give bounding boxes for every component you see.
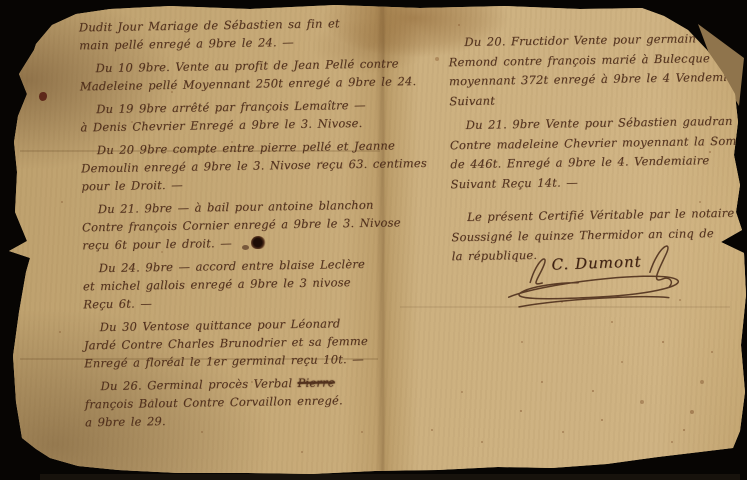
manuscript-line: Madeleine pellé Moyennant 250t enregé a … xyxy=(80,73,382,96)
wax-spot-stain xyxy=(39,92,47,101)
manuscript-line-text: Du 26. Germinal procès Verbal xyxy=(100,376,292,393)
manuscript-line: a 9bre le 29. xyxy=(85,409,387,432)
right-page-text: Du 20. Fructidor Vente pour germain Remo… xyxy=(448,24,740,267)
notary-signature: C. Dumont xyxy=(499,235,702,318)
manuscript-line: Enregé a floréal le 1er germinal reçu 10… xyxy=(84,350,386,373)
manuscript-line: main pellé enregé a 9bre le 24. — xyxy=(79,32,381,55)
foxing-speckles xyxy=(0,0,2,2)
manuscript-line: Suivant xyxy=(449,87,737,111)
signature-flourish xyxy=(499,235,702,318)
manuscript-scan: { "background_color": "#070503", "paper_… xyxy=(0,0,747,480)
table-edge-strip xyxy=(40,474,740,480)
manuscript-line: reçu 6t pour le droit. — xyxy=(82,232,384,255)
crossed-out-word: Pierre xyxy=(298,375,335,390)
left-page-text: Dudit Jour Mariage de Sébastien sa fin e… xyxy=(79,14,387,432)
manuscript-line: Reçu 6t. — xyxy=(83,291,385,314)
signature-name: C. Dumont xyxy=(551,253,642,274)
paper-sheet: Dudit Jour Mariage de Sébastien sa fin e… xyxy=(0,0,747,480)
manuscript-line: Suivant Reçu 14t. — xyxy=(450,170,738,194)
manuscript-line: pour le Droit. — xyxy=(81,173,383,196)
manuscript-line: à Denis Chevrier Enregé a 9bre le 3. Niv… xyxy=(80,114,382,137)
